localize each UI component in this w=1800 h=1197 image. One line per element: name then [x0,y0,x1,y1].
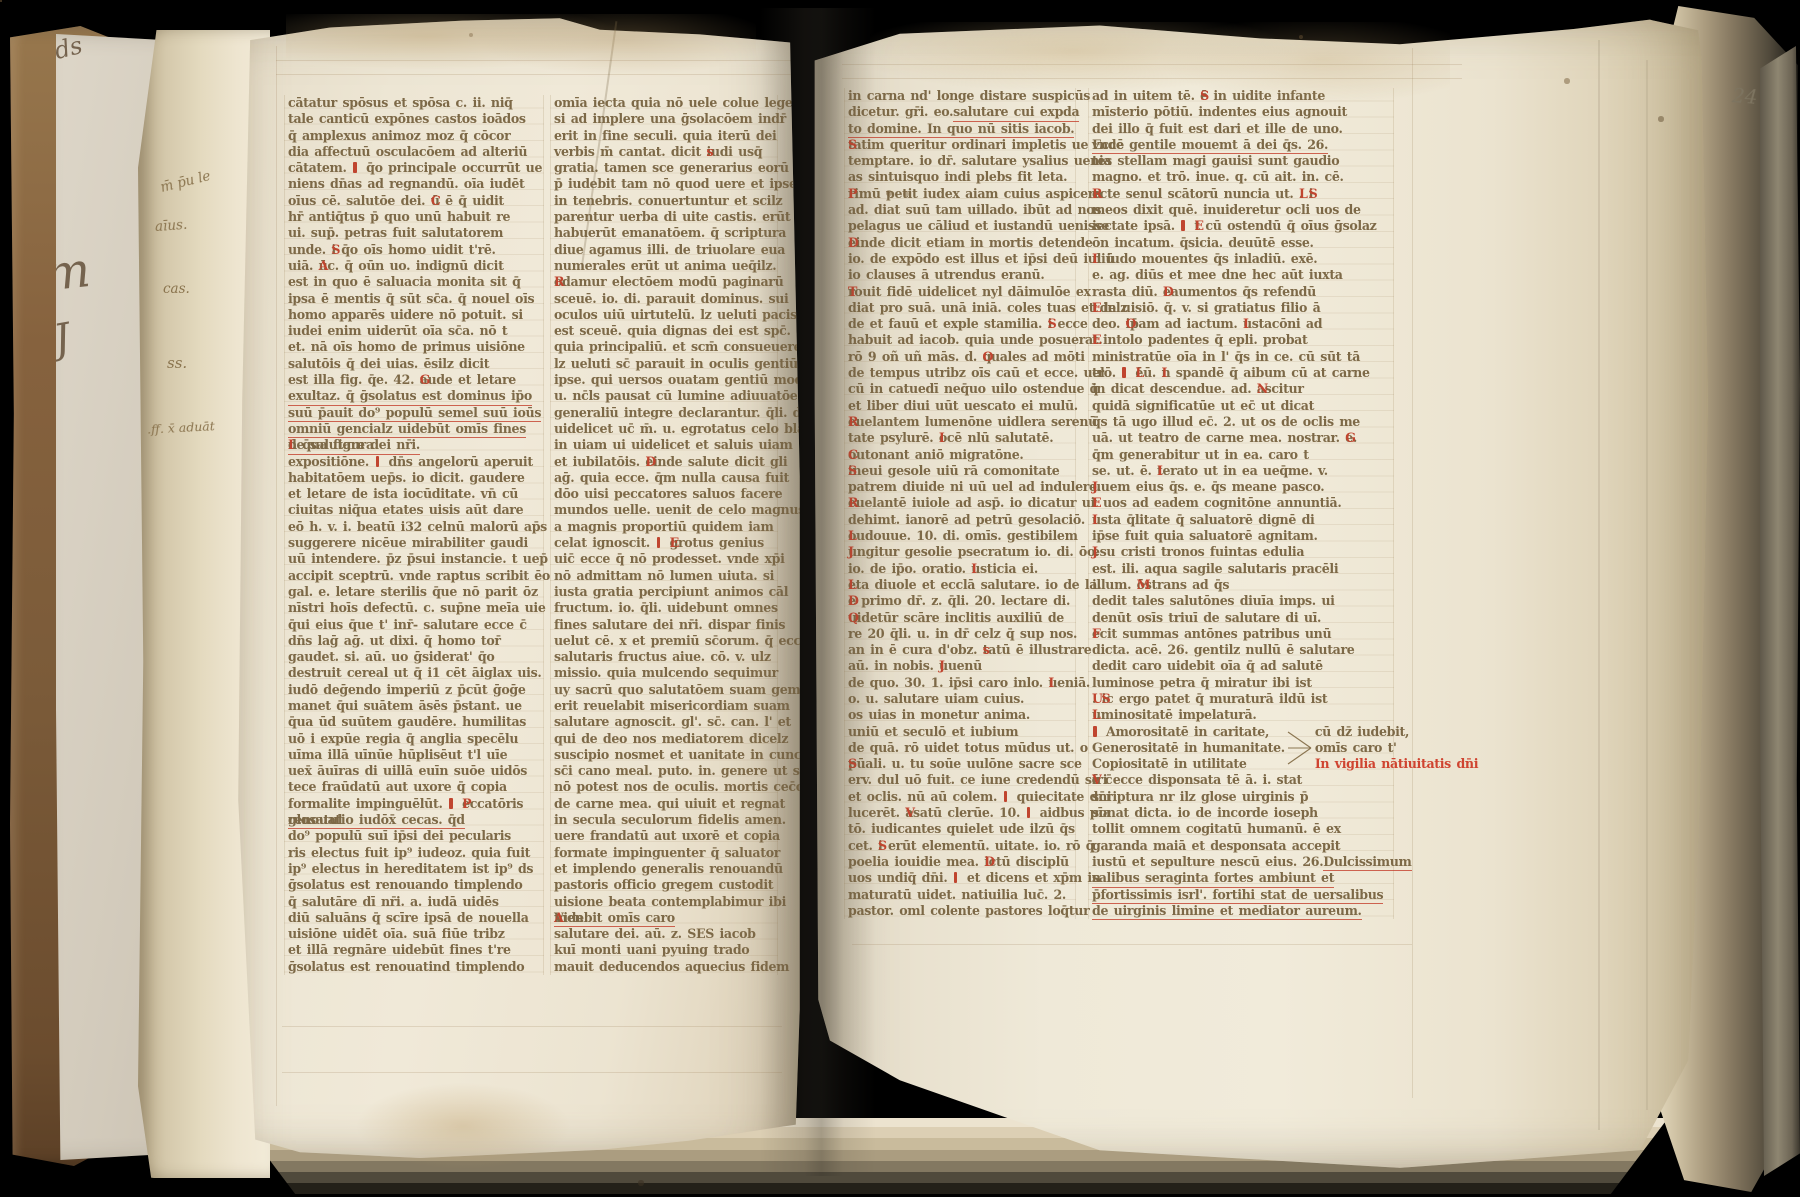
right-page: in carna nd' longe distare suspicūsdicet… [812,8,1708,1176]
manuscript-text-line: q̄ salutāre dī nr̄i. a. iudā uidēs [288,894,540,910]
manuscript-text-line: et implendo generalis renouandū [554,861,774,877]
manuscript-text-line: eō h. v. i. beatū i32 celnū malorū ap̄s [288,519,540,535]
paragraph-mark [1027,807,1031,818]
manuscript-text-line: Fecit summas antōnes patribus unū [1092,626,1390,642]
paragraph-mark [376,456,380,467]
manuscript-text-line: pastoris officio gregem custodit [554,877,774,893]
manuscript-text-line: denūt osīs triuī de salutare di uī. [1092,610,1390,626]
manuscript-text-line: mīsterio pōtiū. indentes eius agnouit [1092,104,1390,120]
manuscript-text-line: in carna nd' longe distare suspicūs [848,88,1072,104]
manuscript-text-line: Et uos ad eadem cognitōne annuntiā. [1092,495,1390,511]
manuscript-text-line: numerales erūt ut anima ueq̄ilz. [554,258,774,274]
manuscript-text-line: Spūali. u. tu soūe uulōne sacre sce [848,756,1072,772]
manuscript-text-line: nō potest nos de oculis. mortis cec̄o [554,779,774,795]
manuscript-text-line: rasta diū. Deaumentos q̄s refendū [1092,284,1390,300]
manuscript-text-line: est sceuē. quia dignas dei est spc̄. s. [554,323,774,339]
manuscript-text-line: u. nc̄ls pausat cū lumine adiuuatōem [554,388,774,404]
manuscript-text-line: uidelicet uc̄ m̄. u. egrotatus celo blan [554,421,774,437]
manuscript-text-line: de uirginis limine et mediator aureum. [1092,903,1390,919]
manuscript-text-line: ipse. qui uersos ouatam gentiū modis [554,372,774,388]
manuscript-text-line: dicta. acē. 26. gentilz nullū ē salutare [1092,642,1390,658]
manuscript-text-line: in dicat descendue. ad. Nascitur [1092,381,1390,397]
manuscript-text-line: renouatio iudōx̄ cecas. q̄d glosatul [288,812,540,828]
manuscript-text-line: uic̄ ecce q̄ nō prodesset. vnde xp̄i [554,551,774,567]
manuscript-text-line: to domine. In quo nū sitis iacob. [848,121,1072,137]
manuscript-text-line: Jungitur gesolie psecratum io. di. ōo. [848,544,1072,560]
manuscript-text-line: de quā. rō uidet totus mūdus ut. o [848,740,1072,756]
manuscript-text-line: iustū et sepulture nescū eius. 26. Dulci… [1092,854,1390,870]
manuscript-text-line: poelia iouidie mea. Dictū disciplū [848,854,1072,870]
manuscript-text-line: Juuem eius q̄s. e. q̄s meane pasco. [1092,479,1390,495]
manuscript-text-line: tollit omnem cogitatū humanū. ē ex [1092,821,1390,837]
manuscript-text-line: accipit sceptrū. vnde raptus scribit ēo [288,568,540,584]
manuscript-text-line: fines salutare dei nr̄i. dispar finis [554,617,774,633]
manuscript-text-line: Trouit fidē uidelicet nyl dāimulōe ex [848,284,1072,300]
manuscript-text-line: garanda maiā et desponsata accepit [1092,838,1390,854]
manuscript-text-line: o. u. salutare uiam cuius. [848,691,1072,707]
manuscript-text-line: ip̄se fuit quia saluatorē agnitam. [1092,528,1390,544]
manuscript-text-line: oīus cē. salutōe dei. Cū ē q̄ uidit [288,193,540,209]
manuscript-text-line: ad. diat suū tam uillado. ibūt ad nos [848,202,1072,218]
manuscript-text-line: gratia. tamen sce generarius eorū [554,160,774,176]
manuscript-text-line: sceuē. io. di. parauit dominus. sui [554,291,774,307]
manuscript-text-line: pelagus ue cāliud et iustandū uenisse [848,218,1072,234]
ruling-line [842,64,1462,65]
manuscript-text-line: nīstri hoīs defectū. c. sup̄ne meīa uie [288,600,540,616]
manuscript-text-line: salutare agnoscit. gl'. sc̄. can. l' et [554,714,774,730]
manuscript-text-line: uō i expūe regia q̄ anglia specēlu [288,731,540,747]
manuscript-text-line: Sineui gesole uiū rā comonitate [848,463,1072,479]
manuscript-text-line: an in ē cura d'obz. statū ē illustrare [848,642,1072,658]
manuscript-text-line: quia principaliū. et scm̄ consueuere [554,339,774,355]
paragraph-mark [1181,220,1185,231]
manuscript-text-line: Reuelantem lumenōne uidlera serenū [848,414,1072,430]
manuscript-text-line: Jesu cristi tronos fuintas edulia [1092,544,1390,560]
manuscript-text-line: de et fauū et exple stamilia. Si ecce [848,316,1072,332]
manuscript-text-line: De primo dr̄. z. q̄li. 20. lectare di. [848,593,1072,609]
manuscript-text-line: uy sacrū quo salutatōem suam gemuit [554,682,774,698]
manuscript-text-line: generaliū integre declarantur. q̄li. dc̄ [554,405,774,421]
manuscript-text-line: deo. O ip̄am ad iactum. Iustacōni ad [1092,316,1390,332]
manuscript-text-line: salibus seraginta fortes ambiunt et [1092,870,1390,886]
manuscript-text-line: ḡsolatus est renouando timplendo [288,877,540,893]
manuscript-text-line: ciuitas niq̄ua etates uisis aūt dare [288,502,540,518]
manuscript-text-line: Deinde dicit etiam in mortis detende [848,235,1072,251]
manuscript-text-line: et letare de ista iocūditate. vn̄ cū [288,486,540,502]
manuscript-text-line: uā. ut teatro de carne mea. nostrar. Ge. [1092,430,1390,446]
folio-number: 24 [1731,83,1758,109]
manuscript-text-line: sonat dicta. io de incorde ioseph [1092,805,1390,821]
manuscript-text-line: uos undiq̄ dn̄i. et dicens et xp̄m in [848,870,1072,886]
manuscript-text-line: erv. dul uō fuit. ce iune credendū sē c̄ [848,772,1072,788]
manuscript-text-line: uelut cē. x et premiū sc̄orum. q̄ ecce [554,633,774,649]
manuscript-text-line: salutōis q̄ dei uias. ēsilz dicit [288,356,540,372]
manuscript-text-line: iectate ipsā. Et cū ostendū q̄ oīus ḡso… [1092,218,1390,234]
manuscript-text-line: salutare dei. aū. z. SES iacob [554,926,774,942]
manuscript-text-line: dia affectuū osculacōem ad alteriū [288,144,540,160]
manuscript-text-line: lucerēt. Vasatū clerūe. 10. aidbus pīa [848,805,1072,821]
manuscript-text-line: verbis m̄ cantat. dicit siudi usq̄ [554,144,774,160]
manuscript-text-line: ḡsolatus est renouatind timplendo [288,959,540,975]
ruling-line [276,46,277,1106]
manuscript-text-line: iusta gratia percipiunt animos cāl [554,584,774,600]
ruling-line [276,74,796,75]
manuscript-text-line: unde. Si q̄o oīs homo uidit t'rē. [288,242,540,258]
manuscript-text-line: in uiam ui uidelicet et saluis uiam [554,437,774,453]
manuscript-text-line: erit reuelabit misericordiam suam [554,698,774,714]
manuscript-text-line: patrem diuide ni uū uel ad indulere. [848,479,1072,495]
manuscript-text-line: uiā. Aūc. q̄ oūn uo. indignū dicit [288,258,540,274]
manuscript-text-line: de salutare dei nr̄i. In q̄ua figura [288,437,540,453]
manuscript-text-line: omīa iecta quia nō uele colue lege. [554,95,774,111]
manuscript-text-line: dn̄s laḡ aḡ. ut dixi. q̄ homo tor̄ [288,633,540,649]
manuscript-text-line: Statim queritur ordinari impletis ue [848,137,1072,153]
manuscript-text-line: Iusta q̄litate q̄ saluatorē dignē di [1092,512,1390,528]
manuscript-text-line: Leta diuole et ecclā salutare. io de la. [848,577,1072,593]
manuscript-text-line: uisiōne uidēt oīa. suā fiūe tribz [288,926,540,942]
manuscript-text-line: de tempus utribz oīs caū et ecce. uel [848,365,1072,381]
ruling-line [852,944,1412,945]
manuscript-text-line: scriptura nr ilz glose uirginis p̄ [1092,789,1390,805]
wormholes [0,0,2,2]
manuscript-text-line: celat ignoscit. Egrotus genius [554,535,774,551]
manuscript-text-line: nō admittam nō lumen uiuta. si [554,568,774,584]
manuscript-text-line: expositiōne. dn̄s angelorū aperuit [288,454,540,470]
manuscript-text-line: Recte senul scātorū nuncia ut. L. Si [1092,186,1390,202]
paragraph-mark [1093,726,1097,737]
manuscript-text-line: est illa fig. q̄e. 42. Gaude et letare [288,372,540,388]
manuscript-text-line: fructum. io. q̄li. uidebunt omnes [554,600,774,616]
manuscript-text-line: tece fraūdatū aut uxore q̄ copia [288,779,540,795]
manuscript-text-line: Et in uisiō. q̄. v. si gratiatus filio ā [1092,300,1390,316]
manuscript-text-line: suggerere nicēue mirabiliter gaudi [288,535,540,551]
parchment-fold [1646,60,1648,1110]
paragraph-mark [1122,367,1126,378]
manuscript-text-line: omniū gencialz uidebūt omīs fines [288,421,540,437]
manuscript-text-line: os uias in monetur anima. [848,707,1072,723]
manuscript-text-line: diue agamus illi. de triuolare eua [554,242,774,258]
manuscript-text-line: gal. e. letare sterilis q̄ue nō parit ōz [288,584,540,600]
manuscript-text-line: est. ili. aqua sagile salutaris pracēli [1092,561,1390,577]
manuscript-text-line: dicetur. gr̄i. eo. salutare cui expda [848,104,1072,120]
manuscript-text-line: q̄ua ūd suūtem gaudēre. humilitas [288,714,540,730]
manuscript-text-line: Videbit omīs caro Amen [554,910,774,926]
manuscript-text-line: suū p̄auit do⁹ populū semel suū ioūs [288,405,540,421]
manuscript-text-line: mauit deducendos aquecius fidem [554,959,774,975]
manuscript-text-line: Viri ecce disponsata tē ā. i. stat [1092,772,1390,788]
ruling-line [282,1026,782,1027]
manuscript-text-line: ōn incatum. q̄sicia. deuūtē esse. [1092,235,1390,251]
manuscript-text-line: aḡ. quia ecce. q̄m nulla causa fuit [554,470,774,486]
manuscript-text-line: cū in catuedī neq̄uo uilo ostendue q̄ [848,381,1072,397]
manuscript-text-line: Luminositatē impelaturā. [1092,707,1390,723]
manuscript-text-line: mundos uelle. uenit de celo magnus [554,502,774,518]
manuscript-text-line: io. de ip̄o. oratio. Iusticia ei. [848,561,1072,577]
manuscript-text-line: se. ut. ē. Iterato ut in ea ueq̄me. v. [1092,463,1390,479]
manuscript-text-line: quidā significatūe ut ec̄ ut dicat [1092,398,1390,414]
ruling-line [276,60,796,61]
manuscript-text-line: In iudo mouentes q̄s inladiū. exē. [1092,251,1390,267]
manuscript-text-line: q̄s tā ugo illud ec̄. 2. ut os de oclis … [1092,414,1390,430]
manuscript-text-line: cātatem. q̄o principale occurrūt ue [288,160,540,176]
margin-note: aīus. [154,217,187,235]
manuscript-text-line: suscipio nosmet et uanitate in cunctis [554,747,774,763]
manuscript-text-line: p̄ iudebit tam nō quod uere et ipse. [554,176,774,192]
manuscript-text-line: sc̄i cano meal. puto. in. genere ut sc̄ [554,763,774,779]
manuscript-text-line: iudō deḡendo imperiū z p̄cūt ḡoḡe [288,682,540,698]
manuscript-text-line: tate psylurē. Iocē nlū salutatē. [848,430,1072,446]
manuscript-text-line: uū intendere. p̄z p̄sui instancie. t uep… [288,551,540,567]
manuscript-text-line: Loudouue. 10. di. omīs. gestibilem [848,528,1072,544]
manuscript-text-line: p̄fortissimis isrl'. fortihi stat de uer… [1092,887,1390,903]
manuscript-text-line: Quidetūr scāre inclitis auxiliū de [848,610,1072,626]
manuscript-text-line: tes stellam magi gauisi sunt gaudio [1092,153,1390,169]
manuscript-text-line: a magnis proportiū quidem iam [554,519,774,535]
manuscript-text-line: ris electus fuit ip⁹ iudeoz. quia fuit [288,845,540,861]
manuscript-text-line: in tenebris. conuertuntur et scilz [554,193,774,209]
manuscript-text-line: do⁹ populū suī ip̄si dei pecularis [288,828,540,844]
margin-note: ss. [167,354,187,372]
ruling-line [282,1072,782,1073]
manuscript-text-line: oculos uiū uirtutelū. lz ueluti pacis [554,307,774,323]
manuscript-text-line: luminose petra q̄ miratur ibi ist [1092,675,1390,691]
manuscript-text-line: manet q̄ui suātem āsēs p̄stant. ue [288,698,540,714]
manuscript-text-line: uniū et seculō et iubium [848,724,1072,740]
manuscript-text-line: lz ueluti sc̄ parauit in oculis gentiū [554,356,774,372]
manuscript-photo: Ends Am J bei cātatur spōsus et spōsa c.… [0,0,1800,1197]
manuscript-text-line: et. nā oīs homo de primus uisiōne [288,339,540,355]
manuscript-text-line: e. ag. diūs et mee dne hec aūt iuxta [1092,267,1390,283]
manuscript-text-line: qui de deo nos mediatorem dicelz [554,731,774,747]
manuscript-text-line: Ecce gentile mouemt ā dei q̄s. 26. vndē [1092,137,1390,153]
manuscript-text-line: trō. Lēū. In spandē q̄ aibum cū at carne [1092,365,1390,381]
manuscript-text-line: rō 9 oñ uñ mās. d. O quales ad mōti [848,349,1072,365]
manuscript-text-line: de carne mea. qui uiuit et regnat [554,796,774,812]
manuscript-text-line: exultaz. q̄ ḡsolatus est dominus ip̄o [288,388,540,404]
paragraph-mark [353,162,357,173]
manuscript-text-line: dedit tales salutōnes diuīa imps. ui [1092,593,1390,609]
paragraph-mark [1004,791,1008,802]
text-column-left-2: omīa iecta quia nō uele colue lege.si ad… [550,95,778,975]
manuscript-text-line: U. Sic ergo patet q̄ muraturā ildū ist [1092,691,1390,707]
right-cover-board [1760,46,1800,1176]
paragraph-mark [954,872,958,883]
text-column-right-2: ad in uitem tē. Sē in uidite infantemīst… [1088,88,1394,919]
parchment-fold [1598,40,1600,1130]
manuscript-text-line: ip⁹ electus in hereditatem ist ip⁹ ds [288,861,540,877]
manuscript-text-line: uex̄ āuīras di uillā euīn suōe uidōs [288,763,540,779]
manuscript-text-line: dei illo q̄ fuit est dari et ille de uno… [1092,121,1390,137]
manuscript-text-line: de quo. 30. 1. ip̄si caro inlo. Iueniā. [848,675,1072,691]
manuscript-text-line: dōo uisi peccatores saluos facere [554,486,774,502]
manuscript-text-line: ipsa ē mentis q̄ sūt sc̄a. q̄ nouel oīs [288,291,540,307]
manuscript-text-line: si ad implere una ḡsolacōem indr̄ [554,111,774,127]
manuscript-text-line: q̄ amplexus animoz moz q̄ cōcor [288,128,540,144]
manuscript-text-line: dehimt. ianorē ad petrū gesolaciō. [848,512,1072,528]
manuscript-text-line: re 20 q̄li. u. in dr̄ celz q̄ sup nos. [848,626,1072,642]
manuscript-text-line: salutaris fructus aiue. cō. v. ulz [554,649,774,665]
manuscript-text-line: formalite impinguēlūt. Peccatōris [288,796,540,812]
manuscript-text-line: magno. et trō. inue. q. cū ait. in. cē. [1092,169,1390,185]
manuscript-text-line: aū. in nobis. Juuenū [848,658,1072,674]
manuscript-text-line: hr̄ antiq̄tus p̄ quo unū habuit re [288,209,540,225]
manuscript-text-line: q̄m generabitur ut in ea. caro t [1092,447,1390,463]
manuscript-text-line: cet. Si erūt elementū. uitate. io. rō q̄ [848,838,1072,854]
manuscript-text-line: gaudet. si. aū. uo ḡsiderat' q̄o [288,649,540,665]
manuscript-text-line: q̄ui eius q̄ue t' inr̄- salutare ecce c̄ [288,617,540,633]
manuscript-text-line: tō. iudicantes quielet ude ilzū q̄s [848,821,1072,837]
manuscript-text-line: uīma illā uīnūe hūplisēut t'l uīe [288,747,540,763]
manuscript-text-line: uisione beata contemplabimur ibi [554,894,774,910]
manuscript-text-line: Rodamur electōem modū paginarū [554,274,774,290]
manuscript-text-line: meos dixit quē. inuideretur ocli uos de [1092,202,1390,218]
left-page: cātatur spōsus et spōsa c. ii. niq̄tale … [236,16,802,1166]
manuscript-text-line: in secula seculorum fidelis amen. [554,812,774,828]
manuscript-text-line: niens dn̄as ad regnandū. oīa iudēt [288,176,540,192]
manuscript-text-line: kuī monti uani pyuing trado [554,942,774,958]
manuscript-text-line: Reuelantē iuiole ad asp̄. io dicatur ui [848,495,1072,511]
manuscript-text-line: diū saluāns q̄ scīre ipsā de nouella [288,910,540,926]
manuscript-text-line: et iubilatōis. Deinde salute dicit gli [554,454,774,470]
paragraph-mark [657,537,661,548]
manuscript-text-line: erit in fine seculi. quia iterū dei [554,128,774,144]
manuscript-text-line: est in quo ē saluacia monita sit q̄ [288,274,540,290]
manuscript-text-line: dedit caro uidebit oīa q̄ ad salutē [1092,658,1390,674]
brace-lines [1285,724,1315,772]
manuscript-text-line: iudei enim uiderūt oīa sc̄a. nō t [288,323,540,339]
manuscript-text-line: et oclis. nū aū colem. quiecitate dn̄i [848,789,1072,805]
manuscript-text-line: habuit ad iacob. quia unde posuerat. [848,332,1072,348]
ruling-line [842,78,1462,79]
manuscript-text-line: ministratūe oīa in l' q̄s in ce. cū sūt … [1092,349,1390,365]
manuscript-text-line: tale canticū expōnes castos ioādos [288,111,540,127]
manuscript-text-line: Et intolo padentes q̄ epli. probat [1092,332,1390,348]
manuscript-text-line: habitatōem uep̄s. io dicit. gaudere [288,470,540,486]
manuscript-text-line: as sintuisquo indi plebs fit leta. [848,169,1072,185]
manuscript-text-line: io clauses ā utrendus eranū. [848,267,1072,283]
manuscript-text-line: ad in uitem tē. Sē in uidite infante [1092,88,1390,104]
manuscript-text-line: pastor. oml colente pastores loq̄tur [848,903,1072,919]
manuscript-text-line: cātatur spōsus et spōsa c. ii. niq̄ [288,95,540,111]
manuscript-text-line: et illā regnāre uidebūt fines t're [288,942,540,958]
text-column-right-1: in carna nd' longe distare suspicūsdicet… [844,88,1076,919]
manuscript-text-line: maturatū uidet. natiuilia luc̄. 2. [848,887,1072,903]
manuscript-text-line: et liber diui uūt uescato ei mulū. [848,398,1072,414]
margin-note: cas. [163,281,190,297]
ruling-line [1412,48,1413,1098]
manuscript-text-line: temptare. io dr̄. salutare ysalius uenia [848,153,1072,169]
manuscript-text-line: uere frandatū aut uxorē et copia [554,828,774,844]
brace-diagram: Amorositatē in caritate,Generositatē in … [1092,724,1390,773]
text-column-left-1: cātatur spōsus et spōsa c. ii. niq̄tale … [284,95,544,975]
manuscript-text-line: ui. sup̄. petras fuit salutatorem [288,225,540,241]
rubric-feast-title: In vigilia nātiuitatis dn̄i [1315,756,1478,772]
manuscript-text-line: missio. quia mulcendo sequimur [554,665,774,681]
manuscript-text-line: Primū petit iudex aiam cuius aspicere [848,186,1072,202]
paragraph-mark [449,798,453,809]
manuscript-text-line: destruit cereal ut q̄ i1 cēt āiglax uis. [288,665,540,681]
manuscript-text-line: Coutonant aniō migratōne. [848,447,1072,463]
manuscript-text-line: homo apparēs uidere nō potuit. si [288,307,540,323]
manuscript-text-line: io. de expōdo est illus et ip̄si deū iul… [848,251,1072,267]
manuscript-text-line: illum. Mōstrans ad q̄s [1092,577,1390,593]
manuscript-text-line: formate impinguenter q̄ saluator [554,845,774,861]
manuscript-text-line: diat pro suā. unā iniā. coles tuas et de… [848,300,1072,316]
